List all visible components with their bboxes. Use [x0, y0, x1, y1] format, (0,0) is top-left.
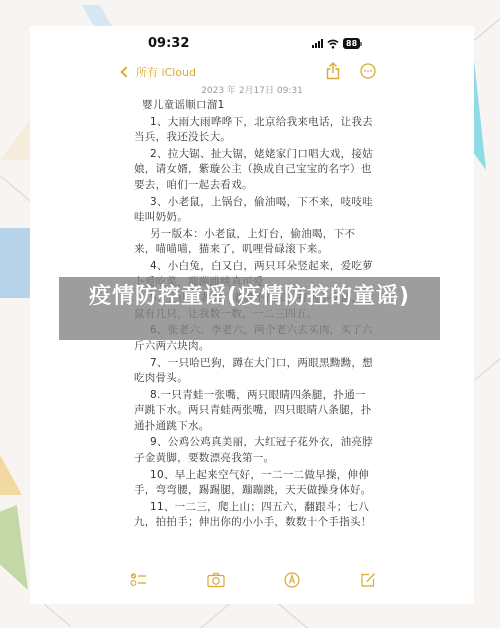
chevron-left-icon: [120, 66, 131, 77]
note-paragraph: 2、拉大锯、扯大锯，姥姥家门口唱大戏，接姑娘，请女婿，紫璇公主（换成自己宝宝的名…: [134, 147, 374, 194]
note-date: 2023 年 2月17日 09:31: [30, 83, 474, 96]
note-paragraph: 9、公鸡公鸡真美丽，大红冠子花外衣，油亮脖子金黄脚，要数漂亮我第一。: [134, 435, 374, 466]
note-title: 婴儿童谣顺口溜1: [134, 98, 374, 114]
bg-line: [474, 14, 500, 40]
note-paragraph: 11、一二三，爬上山；四五六，翻跟斗；七八九，拍拍手；伸出你的小小手，数数十个手…: [134, 500, 374, 531]
back-label: 所有 iCloud: [136, 64, 196, 80]
more-icon[interactable]: [360, 63, 376, 79]
checklist-icon[interactable]: [130, 572, 148, 588]
status-time: 09:32: [148, 36, 189, 51]
status-icons: 88: [312, 38, 362, 49]
bg-green-triangle: [0, 505, 28, 590]
markup-icon[interactable]: [284, 572, 300, 588]
bottom-toolbar: [30, 572, 474, 594]
camera-icon[interactable]: [207, 572, 225, 588]
note-paragraph: 另一版本：小老鼠，上灯台，偷油喝，下不来，喵喵喵，猫来了，叽哩骨碌滚下来。: [134, 227, 374, 258]
wifi-icon: [327, 39, 339, 49]
bg-line: [474, 354, 500, 380]
note-paragraph: 1、大雨大雨哗哗下，北京给我来电话，让我去当兵，我还没长大。: [134, 115, 374, 146]
note-paragraph: 3、小老鼠，上锅台，偷油喝，下不来，吱吱哇哇叫奶奶。: [134, 195, 374, 226]
bg-cyan-triangle: [474, 60, 486, 170]
bg-light-blue-stripe: [82, 5, 113, 27]
note-paragraph: 10、早上起来空气好，一二一二做早操，伸伸手，弯弯腰，踢踢腿，蹦蹦跳，天天做操身…: [134, 468, 374, 499]
bg-yellow-triangle: [0, 455, 22, 495]
bg-blue-band: [0, 228, 30, 298]
overlay-title: 疫情防控童谣(疫情防控的童谣): [59, 283, 440, 310]
note-paragraph: 8.一只青蛙一张嘴，两只眼睛四条腿，扑通一声跳下水。两只青蛙两张嘴，四只眼睛八条…: [134, 388, 374, 435]
status-bar: 09:32 88: [30, 26, 474, 66]
signal-icon: [312, 39, 323, 48]
note-paragraph: 7、一只哈巴狗，蹲在大门口，两眼黑黝黝，想吃肉骨头。: [134, 356, 374, 387]
share-icon[interactable]: [326, 62, 340, 80]
bg-cream-triangle: [0, 120, 30, 160]
title-overlay-banner: 疫情防控童谣(疫情防控的童谣): [59, 277, 440, 340]
back-button[interactable]: 所有 iCloud: [122, 64, 196, 80]
battery-level: 88: [343, 38, 360, 49]
compose-icon[interactable]: [360, 572, 376, 588]
battery-icon: 88: [343, 38, 362, 49]
